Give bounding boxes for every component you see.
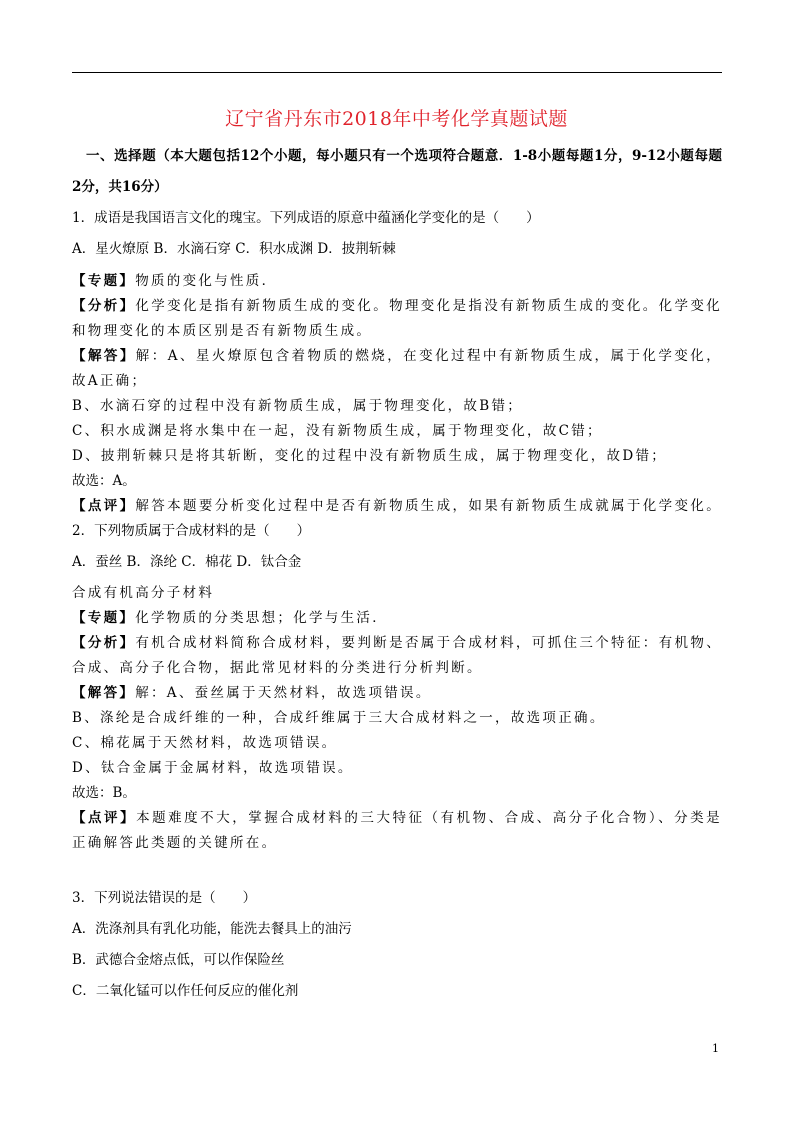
answer-tag: 【解答】 [72, 685, 135, 701]
question-2-analysis-line-1: 【分析】有机合成材料简称合成材料，要判断是否属于合成材料，可抓住三个特征：有机物… [72, 634, 722, 652]
document-page: 辽宁省丹东市2018年中考化学真题试题 一、选择题（本大题包括12个小题，每小题… [0, 0, 793, 1122]
question-2-analysis-line-2: 合成、高分子化合物，据此常见材料的分类进行分析判断。 [72, 659, 722, 677]
question-1-options: A．星火燎原 B．水滴石穿 C．积水成渊 D．披荆斩棘 [72, 240, 722, 258]
answer-text: 解：A、蚕丝属于天然材料，故选项错误。 [135, 685, 431, 701]
analysis-text: 化学变化是指有新物质生成的变化。物理变化是指没有新物质生成的变化。化学变化 [135, 298, 722, 314]
analysis-tag: 【分析】 [72, 635, 135, 651]
topic-tag: 【专题】 [72, 273, 135, 289]
page-number: 1 [712, 1042, 719, 1055]
answer-text: 解：A、星火燎原包含着物质的燃烧，在变化过程中有新物质生成，属于化学变化， [136, 348, 722, 364]
question-1-analysis-line-1: 【分析】化学变化是指有新物质生成的变化。物理变化是指没有新物质生成的变化。化学变… [72, 297, 722, 315]
question-2-answer-line-4: D、钛合金属于金属材料，故选项错误。 [72, 759, 722, 777]
question-2-answer-line-1: 【解答】解：A、蚕丝属于天然材料，故选项错误。 [72, 684, 722, 702]
question-3-option-b: B．武德合金熔点低，可以作保险丝 [72, 951, 722, 969]
document-title: 辽宁省丹东市2018年中考化学真题试题 [0, 104, 793, 131]
topic-text: 化学物质的分类思想；化学与生活． [135, 610, 388, 626]
question-1-answer-line-2: 故A正确； [72, 372, 722, 390]
section-heading-line-1: 一、选择题（本大题包括12个小题，每小题只有一个选项符合题意．1-8小题每题1分… [86, 147, 722, 165]
question-1-comment: 【点评】解答本题要分析变化过程中是否有新物质生成，如果有新物质生成就属于化学变化… [72, 497, 722, 515]
analysis-text: 有机合成材料简称合成材料，要判断是否属于合成材料，可抓住三个特征：有机物、 [135, 635, 722, 651]
question-3-option-a: A．洗涤剂具有乳化功能，能洗去餐具上的油污 [72, 920, 722, 938]
question-1-answer-line-3: B、水滴石穿的过程中没有新物质生成，属于物理变化，故B错； [72, 397, 722, 415]
question-2-answer-line-3: C、棉花属于天然材料，故选项错误。 [72, 734, 722, 752]
question-2-note: 合成有机高分子材料 [72, 584, 722, 602]
question-1-answer-line-1: 【解答】解：A、星火燎原包含着物质的燃烧，在变化过程中有新物质生成，属于化学变化… [72, 347, 722, 365]
section-heading-line-2: 2分，共16分） [72, 178, 722, 196]
question-1-analysis-line-2: 和物理变化的本质区别是否有新物质生成。 [72, 322, 722, 340]
answer-tag: 【解答】 [72, 348, 136, 364]
question-1-answer-line-4: C、积水成渊是将水集中在一起，没有新物质生成，属于物理变化，故C错； [72, 422, 722, 440]
question-1-stem: 1．成语是我国语言文化的瑰宝。下列成语的原意中蕴涵化学变化的是（ ） [72, 209, 722, 227]
question-1-answer-choice: 故选：A。 [72, 472, 722, 490]
comment-text: 本题难度不大，掌握合成材料的三大特征（有机物、合成、高分子化合物）、分类是 [136, 810, 722, 826]
question-2-answer-line-2: B、涤纶是合成纤维的一种，合成纤维属于三大合成材料之一，故选项正确。 [72, 709, 722, 727]
topic-text: 物质的变化与性质． [135, 273, 277, 289]
question-3-stem: 3．下列说法错误的是（ ） [72, 889, 722, 907]
question-3-option-c: C．二氧化锰可以作任何反应的催化剂 [72, 982, 722, 1000]
question-2-options: A．蚕丝 B．涤纶 C．棉花 D．钛合金 [72, 553, 722, 571]
question-2-comment-line-1: 【点评】本题难度不大，掌握合成材料的三大特征（有机物、合成、高分子化合物）、分类… [72, 809, 722, 827]
question-2-comment-line-2: 正确解答此类题的关键所在。 [72, 834, 722, 852]
question-2-stem: 2．下列物质属于合成材料的是（ ） [72, 522, 722, 540]
question-1-answer-line-5: D、披荆斩棘只是将其斩断，变化的过程中没有新物质生成，属于物理变化，故D错； [72, 447, 722, 465]
comment-tag: 【点评】 [72, 810, 136, 826]
question-1-topic: 【专题】物质的变化与性质． [72, 272, 722, 290]
comment-text: 解答本题要分析变化过程中是否有新物质生成，如果有新物质生成就属于化学变化。 [135, 498, 722, 514]
topic-tag: 【专题】 [72, 610, 135, 626]
question-2-answer-choice: 故选：B。 [72, 784, 722, 802]
header-rule [72, 72, 722, 73]
analysis-tag: 【分析】 [72, 298, 135, 314]
comment-tag: 【点评】 [72, 498, 135, 514]
question-2-topic: 【专题】化学物质的分类思想；化学与生活． [72, 609, 722, 627]
